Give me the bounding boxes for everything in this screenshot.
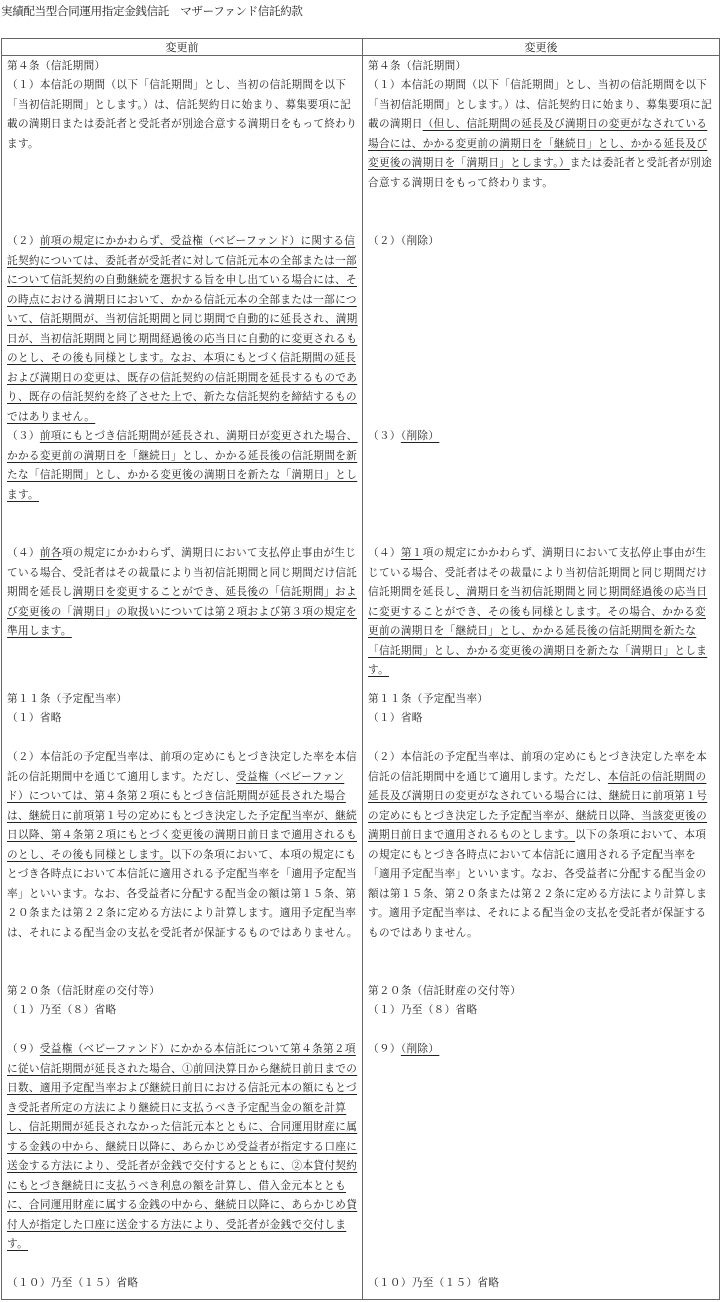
paragraph-text: 第４条（信託期間） <box>7 60 106 72</box>
after-paragraph: 第２０条（信託財産の交付等） <box>368 982 715 1002</box>
paragraph-text: 第２０条（信託財産の交付等） <box>7 985 160 997</box>
before-paragraph: （１）乃至（８）省略 <box>7 1001 358 1021</box>
comparison-table: 変更前 変更後 第４条（信託期間）（１）本信託の期間（以下「信託期間」とし、当初… <box>1 38 720 1300</box>
before-paragraph: （４）前各項の規定にかかわらず、満期日において支払停止事由が生じている場合、受託… <box>7 544 358 642</box>
amended-text: 第１ <box>401 547 423 559</box>
paragraph-text: 第２０条（信託財産の交付等） <box>368 985 521 997</box>
before-paragraph: （１０）乃至（１５）省略 <box>7 1274 358 1294</box>
after-paragraph: （１）省略 <box>368 709 715 729</box>
after-paragraph: （２）本信託の予定配当率は、前項の定めにもとづき決定した率を本信託の信託期間中を… <box>368 748 715 943</box>
paragraph-text: 以下の条項において、本項の規定にもとづき各時点において本信託に適用される予定配当… <box>7 849 358 939</box>
table-row: 第４条（信託期間）（１）本信託の期間（以下「信託期間」とし、当初の信託期間を以下… <box>2 56 720 1300</box>
amended-text: 前項の規定にかかわらず、受益権（ベビーファンド）に関する信託契約については、委託… <box>7 235 358 423</box>
before-paragraph: 第１１条（予定配当率） <box>7 690 358 710</box>
after-cell: 第４条（信託期間）（１）本信託の期間（以下「信託期間」とし、当初の信託期間を以下… <box>363 56 719 1299</box>
amended-text: （削除） <box>401 430 439 442</box>
paragraph-text: 以下の条項において、本項の規定にもとづき各時点において本信託に適用される予定配当… <box>368 829 707 939</box>
before-column: 第４条（信託期間）（１）本信託の期間（以下「信託期間」とし、当初の信託期間を以下… <box>2 56 363 1300</box>
after-paragraph: （９）（削除） <box>368 1040 715 1060</box>
before-paragraph: （９）受益権（ベビーファンド）にかかる本信託について第４条第２項に従い信託期間が… <box>7 1040 358 1255</box>
before-paragraph: （３）前項にもとづき信託期間が延長され、満期日が変更された場合、かかる変更前の満… <box>7 427 358 505</box>
header-before: 変更前 <box>2 39 363 56</box>
before-paragraph: （１）本信託の期間（以下「信託期間」とし、当初の信託期間を以下「当初信託期間」と… <box>7 76 358 154</box>
paragraph-text: （２） <box>7 235 40 247</box>
after-paragraph: 第４条（信託期間） <box>368 57 715 77</box>
paragraph-text: （１０）乃至（１５）省略 <box>7 1277 138 1289</box>
amended-text: 受益権（ベビーファンド）にかかる本信託について第４条第２項に従い信託期間が延長さ… <box>7 1043 357 1250</box>
paragraph-text: （４） <box>7 547 40 559</box>
before-paragraph: （１）省略 <box>7 709 358 729</box>
header-after: 変更後 <box>363 39 720 56</box>
paragraph-text: 第１１条（予定配当率） <box>368 693 488 705</box>
after-paragraph: （２）（削除） <box>368 232 715 252</box>
document-title: 実績配当型合同運用指定金銭信託 マザーファンド信託約款 <box>1 3 303 19</box>
paragraph-text: （９） <box>368 1043 401 1055</box>
after-column: 第４条（信託期間）（１）本信託の期間（以下「信託期間」とし、当初の信託期間を以下… <box>363 56 720 1300</box>
after-paragraph: （１）乃至（８）省略 <box>368 1001 715 1021</box>
before-paragraph: 第２０条（信託財産の交付等） <box>7 982 358 1002</box>
paragraph-text: （３） <box>7 430 40 442</box>
paragraph-text: （３） <box>368 430 401 442</box>
before-paragraph: （２）本信託の予定配当率は、前項の定めにもとづき決定した率を本信託の信託期間中を… <box>7 748 358 943</box>
after-paragraph: （３）（削除） <box>368 427 715 447</box>
paragraph-text: （１）乃至（８）省略 <box>7 1004 116 1016</box>
paragraph-text: （１０）乃至（１５）省略 <box>368 1277 499 1289</box>
paragraph-text: 第４条（信託期間） <box>368 60 467 72</box>
after-paragraph: （４）第１項の規定にかかわらず、満期日において支払停止事由が生じている場合、受託… <box>368 544 715 681</box>
before-paragraph: （２）前項の規定にかかわらず、受益権（ベビーファンド）に関する信託契約については… <box>7 232 358 427</box>
amended-text: （削除） <box>401 1043 439 1055</box>
amended-text: 前項にもとづき信託期間が延長され、満期日が変更された場合、かかる変更前の満期日を… <box>7 430 358 501</box>
paragraph-text: （４） <box>368 547 401 559</box>
after-paragraph: （１０）乃至（１５）省略 <box>368 1274 715 1294</box>
paragraph-text: （１）本信託の期間（以下「信託期間」とし、当初の信託期間を以下「当初信託期間」と… <box>7 79 357 150</box>
amended-text: 受益権（ベビーファンド）については、第４条第２項にもとづき信託期間が延長された場… <box>7 771 357 861</box>
after-paragraph: 第１１条（予定配当率） <box>368 690 715 710</box>
paragraph-text: （２）（削除） <box>368 235 439 247</box>
paragraph-text: （１）省略 <box>7 712 62 724</box>
header-row: 変更前 変更後 <box>2 39 720 56</box>
after-paragraph: （１）本信託の期間（以下「信託期間」とし、当初の信託期間を以下「当初信託期間」と… <box>368 76 715 193</box>
paragraph-text: （９） <box>7 1043 40 1055</box>
before-paragraph: 第４条（信託期間） <box>7 57 358 77</box>
amended-text: 前各 <box>40 547 62 559</box>
paragraph-text: （１）省略 <box>368 712 423 724</box>
paragraph-text: 第１１条（予定配当率） <box>7 693 127 705</box>
before-cell: 第４条（信託期間）（１）本信託の期間（以下「信託期間」とし、当初の信託期間を以下… <box>2 56 362 1299</box>
amended-text: 、満期日を当初信託期間と同じ期間経過後の応当日に変更することができ、その後も同様… <box>368 586 707 676</box>
paragraph-text: （１）乃至（８）省略 <box>368 1004 477 1016</box>
